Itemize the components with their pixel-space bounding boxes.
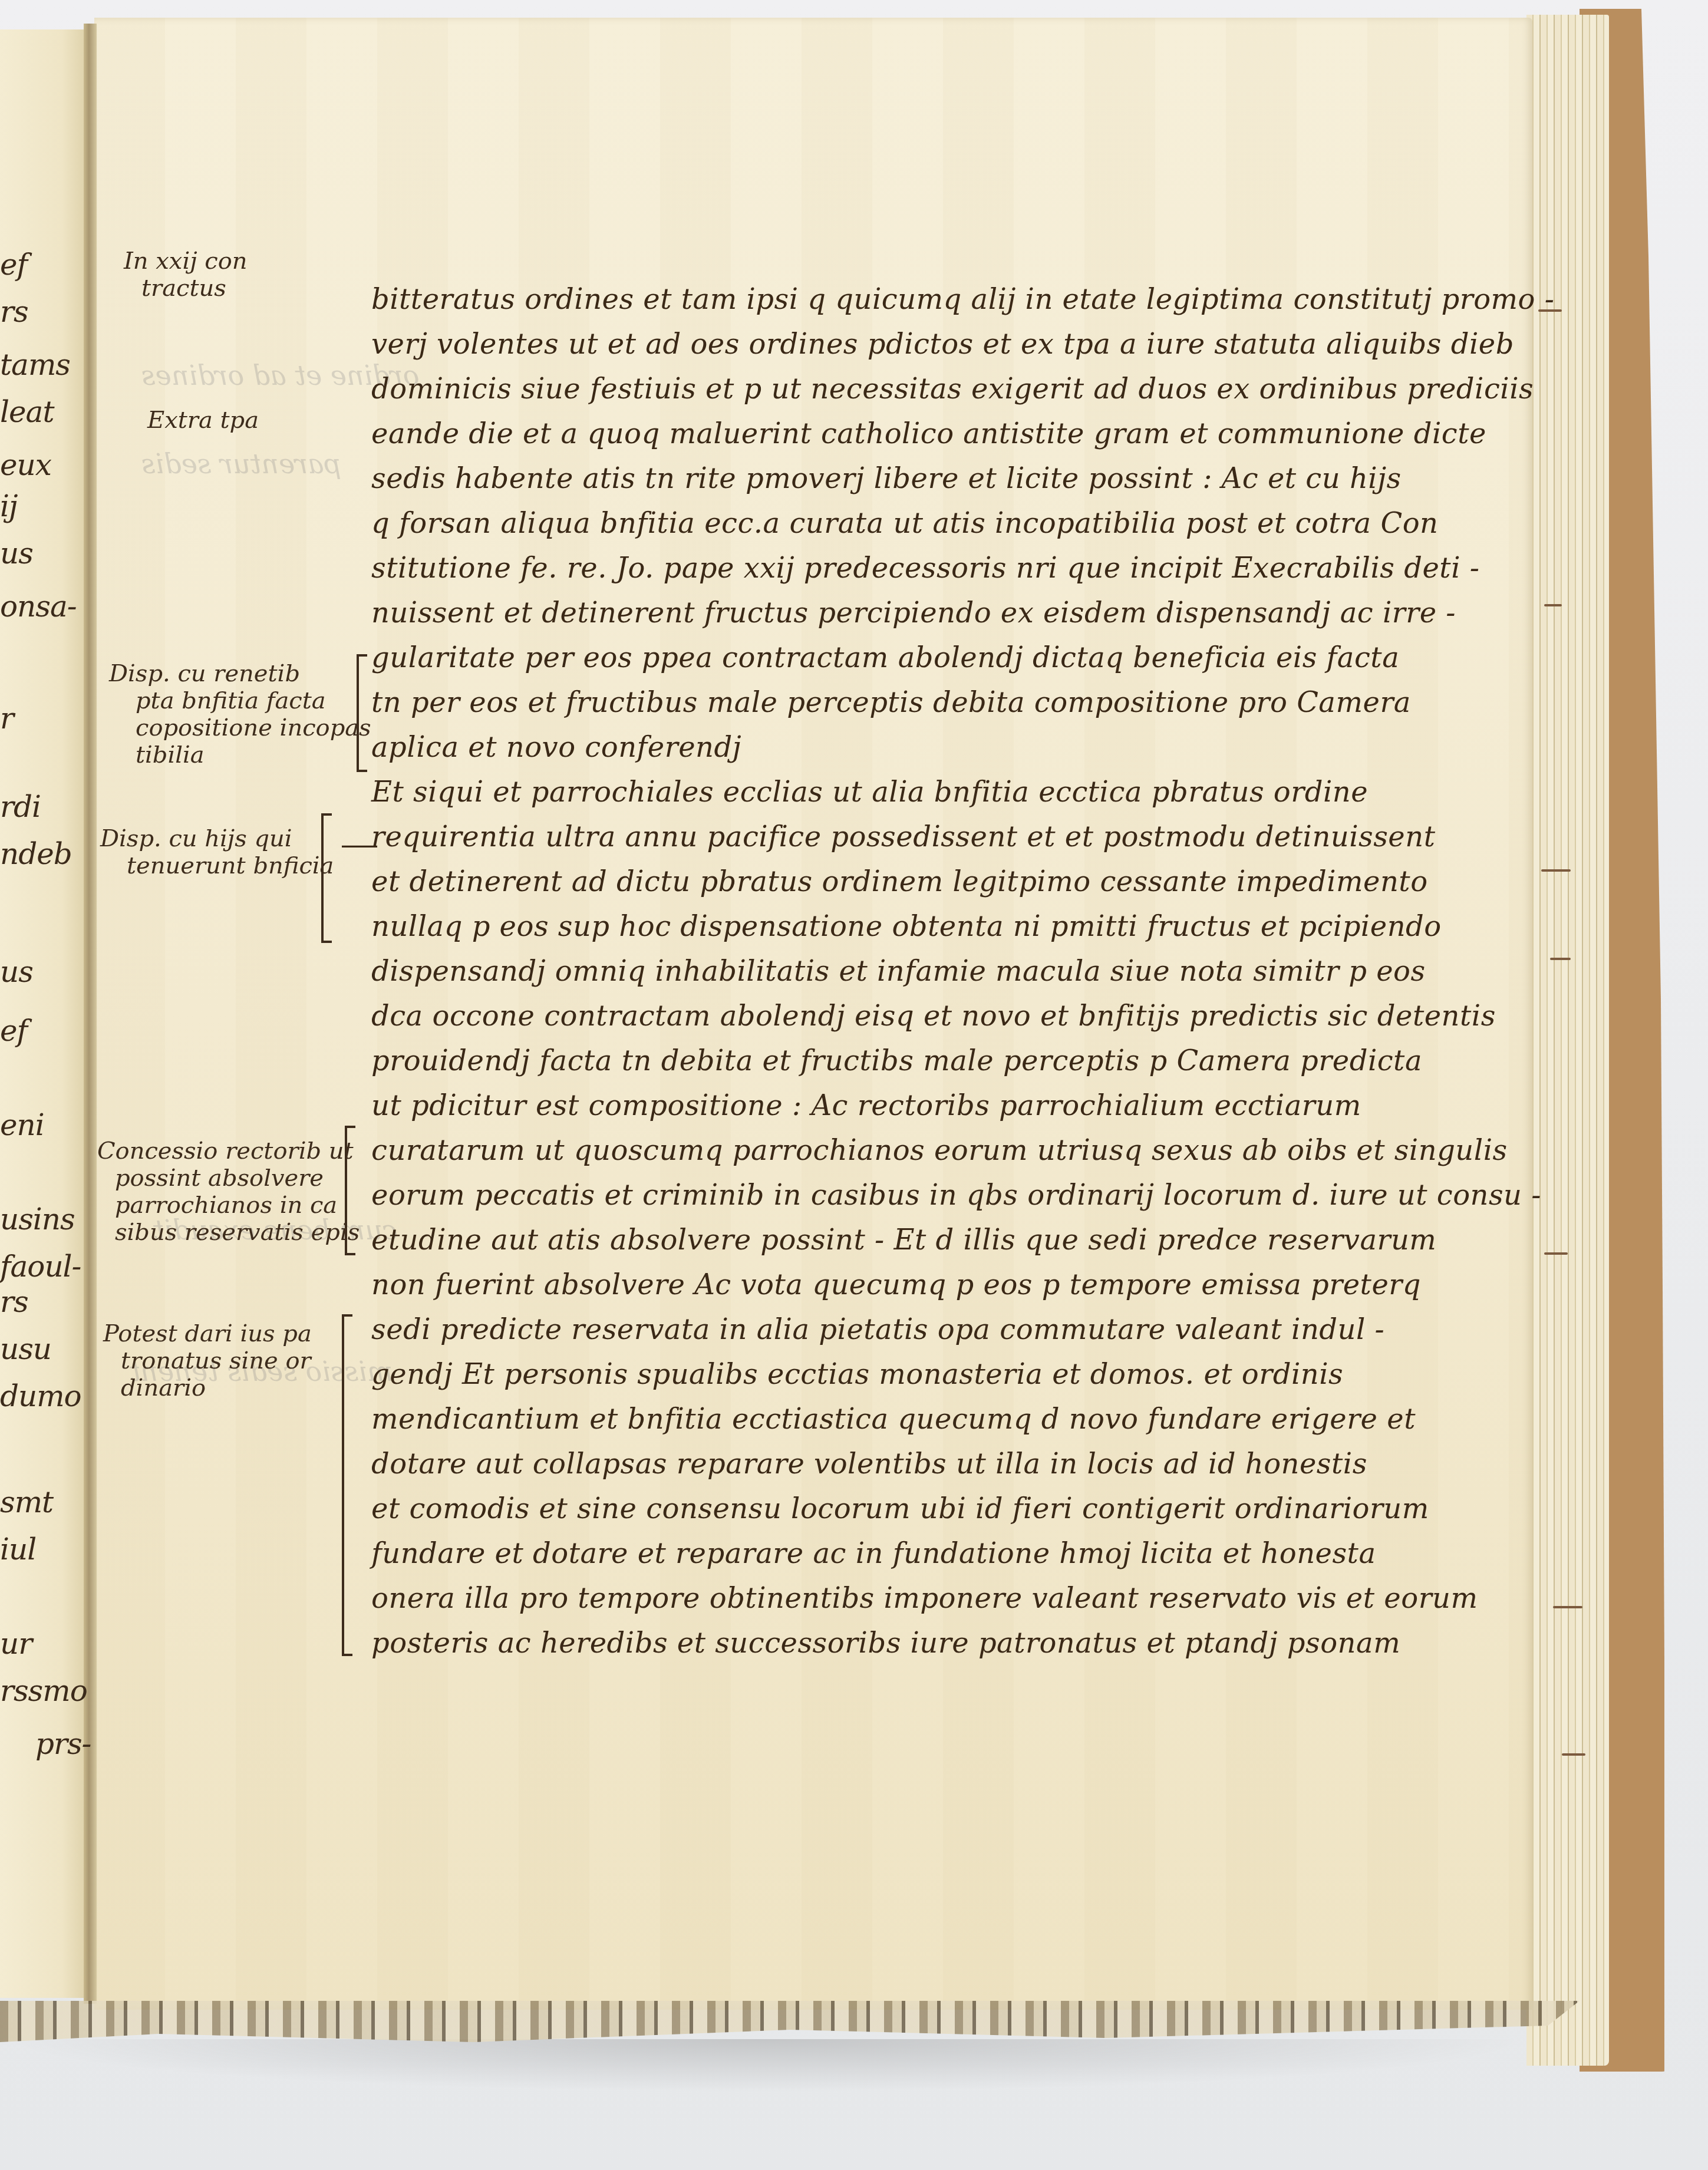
text-line: gularitate per eos ppea contractam abole… bbox=[371, 635, 1526, 680]
text-line: stitutione fe. re. Jo. pape xxij predece… bbox=[371, 546, 1526, 591]
edge-ink-mark bbox=[1553, 1606, 1582, 1608]
gloss-bracket bbox=[342, 1314, 352, 1656]
text-line: eande die et a quoq maluerint catholico … bbox=[371, 411, 1526, 456]
left-fragment: prs- bbox=[35, 1727, 91, 1761]
left-fragment: rdi bbox=[0, 790, 41, 824]
book-shadow bbox=[0, 2039, 1532, 2092]
text-line: dispensandj omniq inhabilitatis et infam… bbox=[371, 949, 1526, 994]
text-line: dca occone contractam abolendj eisq et n… bbox=[371, 994, 1526, 1038]
edge-ink-mark bbox=[1562, 1753, 1585, 1756]
gloss-line: tenuerunt bnficia bbox=[100, 852, 334, 879]
margin-gloss-3: Disp. cu renetib pta bnfitia facta copos… bbox=[109, 660, 371, 769]
text-line: mendicantium et bnfitia ecctiastica quec… bbox=[371, 1397, 1526, 1442]
margin-gloss-2: Extra tpa bbox=[147, 407, 259, 434]
left-fragment: ef bbox=[0, 1014, 27, 1048]
left-fragment: us bbox=[0, 536, 33, 570]
edge-ink-mark bbox=[1550, 958, 1571, 960]
gloss-line: tibilia bbox=[109, 741, 371, 769]
gloss-bracket bbox=[345, 1126, 355, 1255]
gloss-line: Disp. cu renetib bbox=[109, 660, 371, 687]
gloss-line: dinario bbox=[103, 1374, 312, 1401]
gloss-line: tractus bbox=[124, 275, 248, 302]
text-line: etudine aut atis absolvere possint - Et … bbox=[371, 1218, 1526, 1262]
text-line: gendj Et personis spualibs ecctias monas… bbox=[371, 1352, 1526, 1397]
gloss-line: possint absolvere bbox=[97, 1165, 360, 1192]
left-fragment: dumo bbox=[0, 1379, 81, 1413]
text-line: eorum peccatis et criminib in casibus in… bbox=[371, 1173, 1526, 1218]
text-line: et detinerent ad dictu pbratus ordinem l… bbox=[371, 859, 1526, 904]
left-fragment: rssmo bbox=[0, 1674, 87, 1708]
margin-gloss-1: In xxij con tractus bbox=[124, 248, 248, 302]
edge-ink-mark bbox=[1541, 869, 1571, 872]
text-line: aplica et novo conferendj bbox=[371, 725, 1526, 770]
margin-gloss-6: Potest dari ius pa tronatus sine or dina… bbox=[103, 1320, 312, 1401]
margin-gloss-4: Disp. cu hijs qui tenuerunt bnficia bbox=[100, 825, 334, 879]
gloss-line: parrochianos in ca bbox=[97, 1192, 360, 1219]
edge-ink-mark bbox=[1544, 1252, 1568, 1255]
left-fragment: ij bbox=[0, 489, 18, 523]
text-line: curatarum ut quoscumq parrochianos eorum… bbox=[371, 1128, 1526, 1173]
text-line: fundare et dotare et reparare ac in fund… bbox=[371, 1531, 1526, 1576]
left-fragment: onsa- bbox=[0, 589, 77, 624]
left-fragment: iul bbox=[0, 1532, 36, 1567]
left-fragment: ef bbox=[0, 248, 27, 282]
text-line: onera illa pro tempore obtinentibs impon… bbox=[371, 1576, 1526, 1621]
text-line: dominicis siue festiuis et p ut necessit… bbox=[371, 367, 1526, 411]
gloss-line: In xxij con bbox=[124, 248, 248, 275]
left-fragment: ndeb bbox=[0, 837, 72, 871]
left-fragment: eni bbox=[0, 1108, 44, 1142]
text-line: prouidendj facta tn debita et fructibs m… bbox=[371, 1038, 1526, 1083]
text-line: sedi predicte reservata in alia pietatis… bbox=[371, 1307, 1526, 1352]
text-line: tn per eos et fructibus male perceptis d… bbox=[371, 680, 1526, 725]
gloss-bracket bbox=[321, 813, 332, 943]
gloss-line: Extra tpa bbox=[147, 407, 259, 434]
text-line: et comodis et sine consensu locorum ubi … bbox=[371, 1486, 1526, 1531]
gloss-line: Disp. cu hijs qui bbox=[100, 825, 334, 852]
text-line: requirentia ultra annu pacifice possedis… bbox=[371, 814, 1526, 859]
text-line: q forsan aliqua bnfitia ecc.a curata ut … bbox=[371, 501, 1526, 546]
show-through-text: parentur sedis bbox=[141, 448, 341, 480]
main-text-block: bitteratus ordines et tam ipsi q quicumq… bbox=[371, 277, 1526, 1666]
left-fragment: us bbox=[0, 955, 33, 989]
gloss-line: Concessio rectorib ut bbox=[97, 1137, 360, 1165]
left-fragment: leat bbox=[0, 395, 54, 429]
text-line: bitteratus ordines et tam ipsi q quicumq… bbox=[371, 277, 1526, 322]
left-fragment: tams bbox=[0, 348, 70, 382]
text-line: nuissent et detinerent fructus percipien… bbox=[371, 591, 1526, 635]
gloss-line: pta bnfitia facta bbox=[109, 687, 371, 714]
text-line: non fuerint absolvere Ac vota quecumq p … bbox=[371, 1262, 1526, 1307]
text-line: sedis habente atis tn rite pmoverj liber… bbox=[371, 456, 1526, 501]
gloss-line: copositione incopas bbox=[109, 714, 371, 741]
left-fragment: rs bbox=[0, 295, 28, 329]
margin-gloss-5: Concessio rectorib ut possint absolvere … bbox=[97, 1137, 360, 1246]
left-fragment: r bbox=[0, 701, 14, 736]
edge-ink-mark bbox=[1544, 604, 1562, 606]
left-fragment: faoul- bbox=[0, 1249, 81, 1284]
left-fragment: usins bbox=[0, 1202, 75, 1236]
stacked-page-edges bbox=[1526, 15, 1609, 2066]
left-fragment: eux bbox=[0, 448, 51, 482]
text-line: Et siqui et parrochiales ecclias ut alia… bbox=[371, 770, 1526, 814]
text-line: verj volentes ut et ad oes ordines pdict… bbox=[371, 322, 1526, 367]
gloss-line: Potest dari ius pa bbox=[103, 1320, 312, 1347]
text-line: nullaq p eos sup hoc dispensatione obten… bbox=[371, 904, 1526, 949]
left-fragment: rs bbox=[0, 1285, 28, 1319]
gloss-line: sibus reservatis epis bbox=[97, 1219, 360, 1246]
left-fragment: usu bbox=[0, 1332, 51, 1366]
left-fragment: smt bbox=[0, 1485, 53, 1519]
text-line: posteris ac heredibs et successoribs iur… bbox=[371, 1621, 1526, 1666]
gloss-bracket bbox=[357, 654, 367, 772]
gloss-line: tronatus sine or bbox=[103, 1347, 312, 1374]
text-line: dotare aut collapsas reparare volentibs … bbox=[371, 1442, 1526, 1486]
left-fragment: ur bbox=[0, 1627, 32, 1661]
text-line: ut pdicitur est compositione : Ac rector… bbox=[371, 1083, 1526, 1128]
